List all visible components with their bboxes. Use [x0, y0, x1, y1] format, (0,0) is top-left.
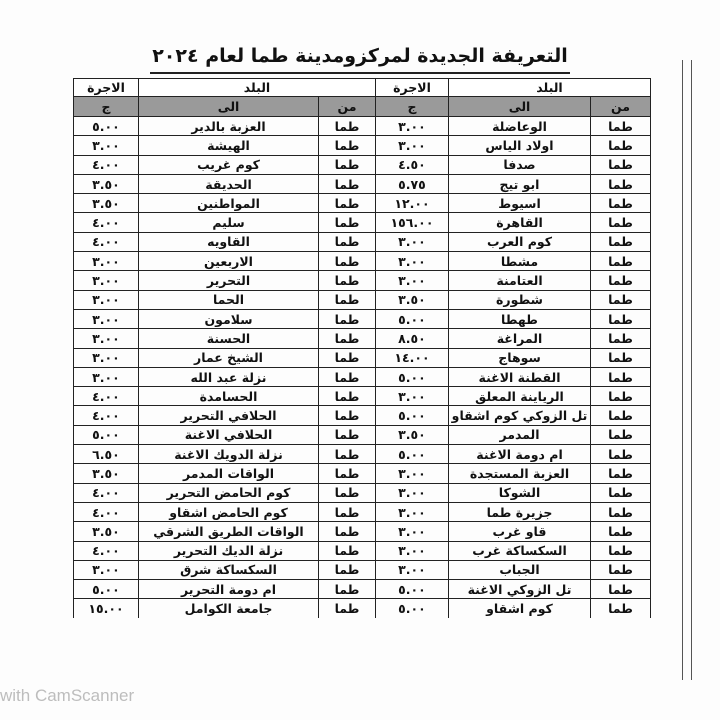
left-to-cell: الحسامدة: [139, 387, 319, 406]
right-to-cell: القطنة الاغنة: [449, 367, 591, 386]
right-fare-cell: ٥.٠٠: [376, 580, 449, 599]
table-row: ٣.٠٠السكساكة شرقطما٣.٠٠الجبابطما: [74, 560, 651, 579]
right-fare-cell: ٣.٠٠: [376, 117, 449, 136]
left-from-cell: طما: [319, 445, 376, 464]
right-from-cell: طما: [591, 232, 651, 251]
left-fare-header: الاجرة: [74, 79, 139, 97]
left-from-cell: طما: [319, 387, 376, 406]
left-fare-cell: ٣.٠٠: [74, 367, 139, 386]
left-to-cell: نزلة عبد الله: [139, 367, 319, 386]
table-row: ٤.٠٠الحسامدةطما٣.٠٠الرياينة المعلقطما: [74, 387, 651, 406]
left-fare-cell: ١٥.٠٠: [74, 599, 139, 618]
right-to-cell: كوم العرب: [449, 232, 591, 251]
table-row: ٤.٠٠سليمطما١٥٦.٠٠القاهرةطما: [74, 213, 651, 232]
table-row: ٣.٠٠الشيخ عمارطما١٤.٠٠سوهاجطما: [74, 348, 651, 367]
right-fare-cell: ١٤.٠٠: [376, 348, 449, 367]
left-fare-cell: ٤.٠٠: [74, 406, 139, 425]
right-currency-header: ج: [376, 97, 449, 117]
left-fare-cell: ٤.٠٠: [74, 483, 139, 502]
left-from-cell: طما: [319, 213, 376, 232]
right-fare-cell: ٣.٠٠: [376, 136, 449, 155]
left-fare-cell: ٥.٠٠: [74, 117, 139, 136]
right-fare-cell: ٣.٠٠: [376, 464, 449, 483]
right-fare-cell: ٣.٠٠: [376, 502, 449, 521]
left-from-cell: طما: [319, 483, 376, 502]
right-fare-cell: ٣.٠٠: [376, 252, 449, 271]
binder-edge: [682, 60, 692, 680]
table-row: ٤.٠٠الحلافي التحريرطما٥.٠٠تل الزوكي كوم …: [74, 406, 651, 425]
right-from-cell: طما: [591, 348, 651, 367]
right-from-cell: طما: [591, 580, 651, 599]
right-to-cell: كوم اشقاو: [449, 599, 591, 618]
table-row: ٥.٠٠الحلافي الاغنةطما٣.٥٠المدمرطما: [74, 425, 651, 444]
right-to-cell: الشوكا: [449, 483, 591, 502]
right-from-cell: طما: [591, 387, 651, 406]
left-to-cell: الواقات الطريق الشرقي: [139, 522, 319, 541]
left-from-cell: طما: [319, 271, 376, 290]
right-to-cell: القاهرة: [449, 213, 591, 232]
right-from-cell: طما: [591, 329, 651, 348]
left-fare-cell: ٣.٥٠: [74, 522, 139, 541]
right-fare-cell: ٥.٠٠: [376, 406, 449, 425]
left-from-cell: طما: [319, 502, 376, 521]
right-from-cell: طما: [591, 445, 651, 464]
table-row: ٣.٥٠الحديقةطما٥.٧٥ابو تيجطما: [74, 174, 651, 193]
right-from-cell: طما: [591, 252, 651, 271]
left-from-cell: طما: [319, 541, 376, 560]
table-row: ٥.٠٠ام دومة التحريرطما٥.٠٠تل الزوكي الاغ…: [74, 580, 651, 599]
table-row: ٣.٥٠الواقات الطريق الشرقيطما٣.٠٠قاو غربط…: [74, 522, 651, 541]
left-to-cell: القاويه: [139, 232, 319, 251]
right-from-cell: طما: [591, 290, 651, 309]
left-from-cell: طما: [319, 560, 376, 579]
fare-table: الاجرة البلد الاجرة البلد ج الى من ج الى…: [73, 78, 651, 618]
left-town-header: البلد: [139, 79, 376, 97]
right-from-cell: طما: [591, 117, 651, 136]
left-fare-cell: ٣.٥٠: [74, 194, 139, 213]
table-row: ٥.٠٠العزبة بالديرطما٣.٠٠الوعاضلةطما: [74, 117, 651, 136]
right-from-cell: طما: [591, 502, 651, 521]
left-from-cell: طما: [319, 329, 376, 348]
left-from-cell: طما: [319, 580, 376, 599]
table-row: ٣.٠٠الحماطما٣.٥٠شطورةطما: [74, 290, 651, 309]
right-to-cell: العتامنة: [449, 271, 591, 290]
right-to-cell: المدمر: [449, 425, 591, 444]
left-to-header: الى: [139, 97, 319, 117]
left-to-cell: الحسنة: [139, 329, 319, 348]
left-fare-cell: ٣.٠٠: [74, 309, 139, 328]
left-from-cell: طما: [319, 464, 376, 483]
table-row: ٤.٠٠كوم الحامض التحريرطما٣.٠٠الشوكاطما: [74, 483, 651, 502]
left-to-cell: الحلافي التحرير: [139, 406, 319, 425]
right-from-cell: طما: [591, 194, 651, 213]
right-fare-cell: ٣.٠٠: [376, 387, 449, 406]
scanner-watermark: with CamScanner: [0, 686, 134, 706]
right-fare-cell: ٨.٥٠: [376, 329, 449, 348]
left-to-cell: الواقات المدمر: [139, 464, 319, 483]
right-to-cell: جزيرة طما: [449, 502, 591, 521]
right-to-cell: تل الزوكي الاغنة: [449, 580, 591, 599]
left-fare-cell: ٤.٠٠: [74, 387, 139, 406]
left-fare-cell: ٣.٠٠: [74, 348, 139, 367]
right-to-cell: اسيوط: [449, 194, 591, 213]
left-fare-cell: ٤.٠٠: [74, 232, 139, 251]
right-to-cell: ام دومة الاغنة: [449, 445, 591, 464]
right-to-cell: العزبة المستجدة: [449, 464, 591, 483]
left-to-cell: السكساكة شرق: [139, 560, 319, 579]
right-from-cell: طما: [591, 464, 651, 483]
right-fare-header: الاجرة: [376, 79, 449, 97]
right-to-cell: سوهاج: [449, 348, 591, 367]
right-from-cell: طما: [591, 483, 651, 502]
left-to-cell: ام دومة التحرير: [139, 580, 319, 599]
right-from-header: من: [591, 97, 651, 117]
right-from-cell: طما: [591, 155, 651, 174]
table-row: ٦.٥٠نزلة الدويك الاغنةطما٥.٠٠ام دومة الا…: [74, 445, 651, 464]
left-from-cell: طما: [319, 348, 376, 367]
right-to-cell: شطورة: [449, 290, 591, 309]
right-to-cell: الرياينة المعلق: [449, 387, 591, 406]
left-to-cell: الهيشة: [139, 136, 319, 155]
right-fare-cell: ٥.٧٥: [376, 174, 449, 193]
right-to-cell: الجباب: [449, 560, 591, 579]
right-from-cell: طما: [591, 599, 651, 618]
left-fare-cell: ٤.٠٠: [74, 155, 139, 174]
left-to-cell: سليم: [139, 213, 319, 232]
left-to-cell: الاربعين: [139, 252, 319, 271]
right-town-header: البلد: [449, 79, 651, 97]
table-row: ٣.٠٠سلامونطما٥.٠٠طهطاطما: [74, 309, 651, 328]
table-row: ٣.٥٠المواطنينطما١٢.٠٠اسيوططما: [74, 194, 651, 213]
right-fare-cell: ٣.٠٠: [376, 271, 449, 290]
left-from-cell: طما: [319, 174, 376, 193]
right-from-cell: طما: [591, 213, 651, 232]
left-to-cell: الشيخ عمار: [139, 348, 319, 367]
table-row: ٤.٠٠نزلة الديك التحريرطما٣.٠٠السكساكة غر…: [74, 541, 651, 560]
right-from-cell: طما: [591, 174, 651, 193]
right-fare-cell: ١٥٦.٠٠: [376, 213, 449, 232]
right-from-cell: طما: [591, 367, 651, 386]
table-row: ١٥.٠٠جامعة الكواملطما٥.٠٠كوم اشقاوطما: [74, 599, 651, 618]
left-from-cell: طما: [319, 406, 376, 425]
right-fare-cell: ٣.٠٠: [376, 541, 449, 560]
right-from-cell: طما: [591, 271, 651, 290]
table-row: ٣.٠٠التحريرطما٣.٠٠العتامنةطما: [74, 271, 651, 290]
table-row: ٤.٠٠كوم الحامض اشقاوطما٣.٠٠جزيرة طماطما: [74, 502, 651, 521]
left-from-cell: طما: [319, 367, 376, 386]
right-to-cell: المراغة: [449, 329, 591, 348]
right-to-cell: طهطا: [449, 309, 591, 328]
left-fare-cell: ٥.٠٠: [74, 425, 139, 444]
table-row: ٣.٠٠الاربعينطما٣.٠٠مشطاطما: [74, 252, 651, 271]
left-from-cell: طما: [319, 290, 376, 309]
left-fare-cell: ٤.٠٠: [74, 502, 139, 521]
right-fare-cell: ٣.٠٠: [376, 483, 449, 502]
left-to-cell: التحرير: [139, 271, 319, 290]
left-to-cell: الحما: [139, 290, 319, 309]
right-to-cell: قاو غرب: [449, 522, 591, 541]
right-fare-cell: ٣.٠٠: [376, 232, 449, 251]
table-row: ٣.٠٠نزلة عبد اللهطما٥.٠٠القطنة الاغنةطما: [74, 367, 651, 386]
left-to-cell: جامعة الكوامل: [139, 599, 319, 618]
right-to-cell: الوعاضلة: [449, 117, 591, 136]
left-fare-cell: ٣.٥٠: [74, 464, 139, 483]
right-to-cell: تل الزوكي كوم اشقاو: [449, 406, 591, 425]
left-to-cell: كوم غريب: [139, 155, 319, 174]
right-from-cell: طما: [591, 406, 651, 425]
right-to-cell: السكساكة غرب: [449, 541, 591, 560]
right-fare-cell: ٣.٥٠: [376, 425, 449, 444]
left-to-cell: الحلافي الاغنة: [139, 425, 319, 444]
right-to-cell: مشطا: [449, 252, 591, 271]
left-fare-cell: ٣.٥٠: [74, 174, 139, 193]
left-fare-cell: ٣.٠٠: [74, 560, 139, 579]
left-to-cell: كوم الحامض اشقاو: [139, 502, 319, 521]
table-row: ٤.٠٠كوم غريبطما٤.٥٠صدفاطما: [74, 155, 651, 174]
right-from-cell: طما: [591, 309, 651, 328]
left-from-cell: طما: [319, 309, 376, 328]
right-fare-cell: ٥.٠٠: [376, 367, 449, 386]
left-to-cell: الحديقة: [139, 174, 319, 193]
left-fare-cell: ٣.٠٠: [74, 329, 139, 348]
left-fare-cell: ٥.٠٠: [74, 580, 139, 599]
left-to-cell: سلامون: [139, 309, 319, 328]
right-from-cell: طما: [591, 560, 651, 579]
left-fare-cell: ٤.٠٠: [74, 541, 139, 560]
right-from-cell: طما: [591, 522, 651, 541]
left-from-cell: طما: [319, 599, 376, 618]
left-from-cell: طما: [319, 252, 376, 271]
left-to-cell: نزلة الدويك الاغنة: [139, 445, 319, 464]
right-fare-cell: ٣.٠٠: [376, 522, 449, 541]
left-from-header: من: [319, 97, 376, 117]
left-from-cell: طما: [319, 232, 376, 251]
left-from-cell: طما: [319, 117, 376, 136]
left-from-cell: طما: [319, 155, 376, 174]
left-fare-cell: ٤.٠٠: [74, 213, 139, 232]
right-fare-cell: ١٢.٠٠: [376, 194, 449, 213]
left-fare-cell: ٦.٥٠: [74, 445, 139, 464]
left-from-cell: طما: [319, 522, 376, 541]
document-title: التعريفة الجديدة لمركزومدينة طما لعام ٢٠…: [150, 42, 570, 74]
right-fare-cell: ٥.٠٠: [376, 599, 449, 618]
left-fare-cell: ٣.٠٠: [74, 290, 139, 309]
left-to-cell: نزلة الديك التحرير: [139, 541, 319, 560]
left-from-cell: طما: [319, 194, 376, 213]
table-row: ٣.٠٠الحسنةطما٨.٥٠المراغةطما: [74, 329, 651, 348]
right-fare-cell: ٤.٥٠: [376, 155, 449, 174]
left-fare-cell: ٣.٠٠: [74, 136, 139, 155]
right-fare-cell: ٣.٠٠: [376, 560, 449, 579]
header-row: الاجرة البلد الاجرة البلد: [74, 79, 651, 97]
table-row: ٣.٠٠الهيشةطما٣.٠٠اولاد الياسطما: [74, 136, 651, 155]
left-to-cell: كوم الحامض التحرير: [139, 483, 319, 502]
left-to-cell: العزبة بالدير: [139, 117, 319, 136]
left-currency-header: ج: [74, 97, 139, 117]
fare-table-body: ٥.٠٠العزبة بالديرطما٣.٠٠الوعاضلةطما٣.٠٠ا…: [74, 117, 651, 618]
table-row: ٤.٠٠القاويهطما٣.٠٠كوم العربطما: [74, 232, 651, 251]
right-from-cell: طما: [591, 136, 651, 155]
subheader-row: ج الى من ج الى من: [74, 97, 651, 117]
right-fare-cell: ٣.٥٠: [376, 290, 449, 309]
left-fare-cell: ٣.٠٠: [74, 271, 139, 290]
left-from-cell: طما: [319, 136, 376, 155]
right-from-cell: طما: [591, 425, 651, 444]
left-from-cell: طما: [319, 425, 376, 444]
right-to-cell: اولاد الياس: [449, 136, 591, 155]
right-to-cell: صدفا: [449, 155, 591, 174]
left-fare-cell: ٣.٠٠: [74, 252, 139, 271]
table-row: ٣.٥٠الواقات المدمرطما٣.٠٠العزبة المستجدة…: [74, 464, 651, 483]
left-to-cell: المواطنين: [139, 194, 319, 213]
right-from-cell: طما: [591, 541, 651, 560]
right-to-cell: ابو تيج: [449, 174, 591, 193]
right-fare-cell: ٥.٠٠: [376, 309, 449, 328]
right-to-header: الى: [449, 97, 591, 117]
right-fare-cell: ٥.٠٠: [376, 445, 449, 464]
